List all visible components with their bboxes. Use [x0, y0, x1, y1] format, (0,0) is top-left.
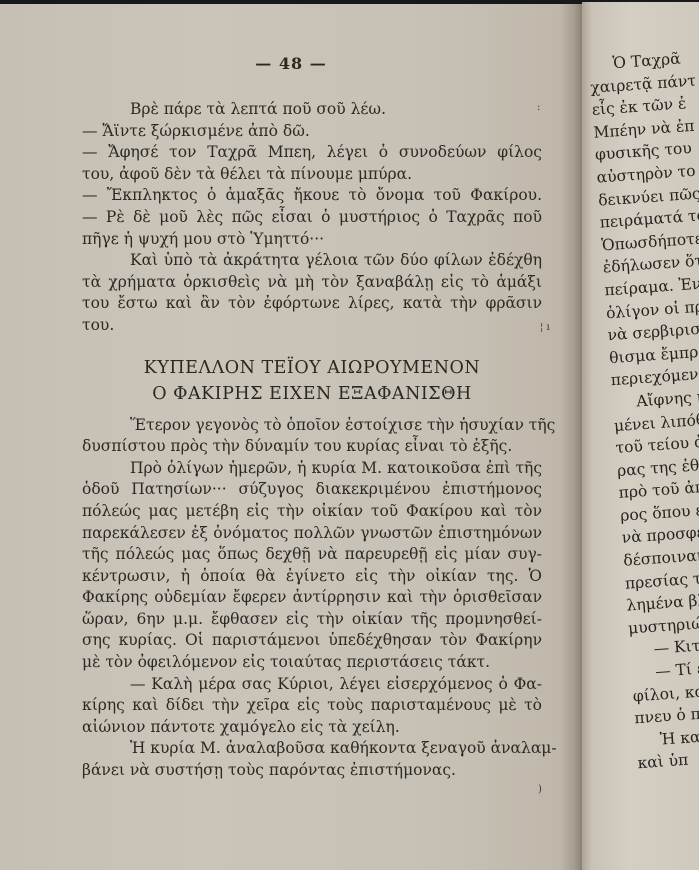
text-block-before-heading: Βρὲ πάρε τὰ λεπτά ποῦ σοῦ λέω.— Ἄϊντε ξώ… [82, 99, 542, 337]
heading-line-2: Ο ΦΑΚΙΡΗΣ ΕΙΧΕΝ ΕΞΑΦΑΝΙΣΘΗ [82, 381, 542, 407]
right-page-text: Ὁ Ταχρᾶχαιρετᾷ πάντεἷς ἐκ τῶν ἐΜπέην νὰ … [588, 40, 699, 775]
text-line: — Ἄϊντε ξώρκισμένε ἀπὸ δῶ. [82, 121, 542, 143]
text-line: δυσπίστου πρὸς τὴν δύναμίν του κυρίας εἶ… [82, 436, 542, 458]
text-line: κέντρωσιν, ἡ ὁποία θὰ ἐγίνετο εἰς τὴν οἰ… [82, 566, 542, 588]
text-line: ὁδοῦ Πατησίων··· σύζυγος διακεκριμένου ἐ… [82, 479, 542, 501]
left-book-page: — 48 — Βρὲ πάρε τὰ λεπτά ποῦ σοῦ λέω.— Ἄ… [0, 4, 582, 870]
text-block-after-heading: Ἕτερον γεγονὸς τὸ ὁποῖον ἐστοίχισε τὴν ἡ… [82, 415, 542, 782]
margin-speck: : [537, 102, 540, 113]
margin-speck: ¦ ı [540, 322, 550, 333]
text-line: Καὶ ὑπὸ τὰ ἀκράτητα γέλοια τῶν δύο φίλων… [82, 250, 542, 272]
text-line: — Ἔκπληκτος ὁ ἁμαξᾶς ἤκουε τὸ ὄνομα τοῦ … [82, 185, 542, 207]
heading-line-1: ΚΥΠΕΛΛΟΝ ΤΕΪΟΥ ΑΙΩΡΟΥΜΕΝΟΝ [82, 355, 542, 381]
right-book-page-partial: Ὁ Ταχρᾶχαιρετᾷ πάντεἷς ἐκ τῶν ἐΜπέην νὰ … [582, 2, 699, 870]
text-line: Ἡ κυρία Μ. ἀναλαβοῦσα καθήκοντα ξεναγοῦ … [82, 738, 542, 760]
text-line: του. [82, 315, 542, 337]
text-line: του, ἀφοῦ δὲν τὰ θέλει τὰ πίνουμε μπύρα. [82, 164, 542, 186]
section-heading: ΚΥΠΕΛΛΟΝ ΤΕΪΟΥ ΑΙΩΡΟΥΜΕΝΟΝ Ο ΦΑΚΙΡΗΣ ΕΙΧ… [82, 355, 542, 407]
text-line: Φακίρης οὐδεμίαν ἔφερεν ἀντίρρησιν καὶ τ… [82, 587, 542, 609]
text-line: ὥραν, 6ην μ.μ. ἔφθασεν εἰς τὴν οἰκίαν τῆ… [82, 609, 542, 631]
text-line: Ἕτερον γεγονὸς τὸ ὁποῖον ἐστοίχισε τὴν ἡ… [82, 415, 542, 437]
text-line: — Καλὴ μέρα σας Κύριοι, λέγει εἰσερχόμεν… [82, 674, 542, 696]
text-line: τὰ χρήματα ὁρκισθεὶς νὰ μὴ τὸν ξαναβάλῃ … [82, 272, 542, 294]
text-line: σης κυρίας. Οἱ παριστάμενοι ὑπεδέχθησαν … [82, 630, 542, 652]
text-line: του ἔστω καὶ ἂν τὸν ἐφόρτωνε λίρες, κατὰ… [82, 293, 542, 315]
margin-speck: ) [538, 784, 542, 795]
text-line: βάνει νὰ συστήσῃ τοὺς παρόντας ἐπιστήμον… [82, 760, 542, 782]
text-line: κίρης καὶ δίδει τὴν χεῖρα εἰς τοὺς παρισ… [82, 695, 542, 717]
text-line: μὲ τὸν ὀφειλόμενον εἰς τοιαύτας περιστάσ… [82, 652, 542, 674]
text-line: τῆς πόλεώς μας ὅπως δεχθῇ νὰ παρευρεθῇ ε… [82, 544, 542, 566]
text-line: Βρὲ πάρε τὰ λεπτά ποῦ σοῦ λέω. [82, 99, 542, 121]
page-number: — 48 — [0, 54, 582, 73]
text-line: πῆγε ἡ ψυχή μου στὸ Ὑμηττό··· [82, 229, 542, 251]
book-gutter-shadow [560, 4, 584, 870]
text-line: πόλεώς μας μετέβη εἰς τὴν οἰκίαν τοῦ Φακ… [82, 501, 542, 523]
text-line: παρεκάλεσεν ἐξ ὀνόματος πολλῶν γνωστῶν ἐ… [82, 523, 542, 545]
text-line: αἰώνιον πάντοτε χαμόγελο εἰς τὰ χείλη. [82, 717, 542, 739]
text-line: — Ρὲ δὲ μοῦ λὲς πῶς εἶσαι ὁ μυστήριος ὁ … [82, 207, 542, 229]
text-line: Πρὸ ὀλίγων ἡμερῶν, ἡ κυρία Μ. κατοικοῦσα… [82, 458, 542, 480]
page-body: Βρὲ πάρε τὰ λεπτά ποῦ σοῦ λέω.— Ἄϊντε ξώ… [82, 99, 542, 782]
text-line: — Ἄφησέ τον Ταχρᾶ Μπεη, λέγει ὁ συνοδεύω… [82, 142, 542, 164]
